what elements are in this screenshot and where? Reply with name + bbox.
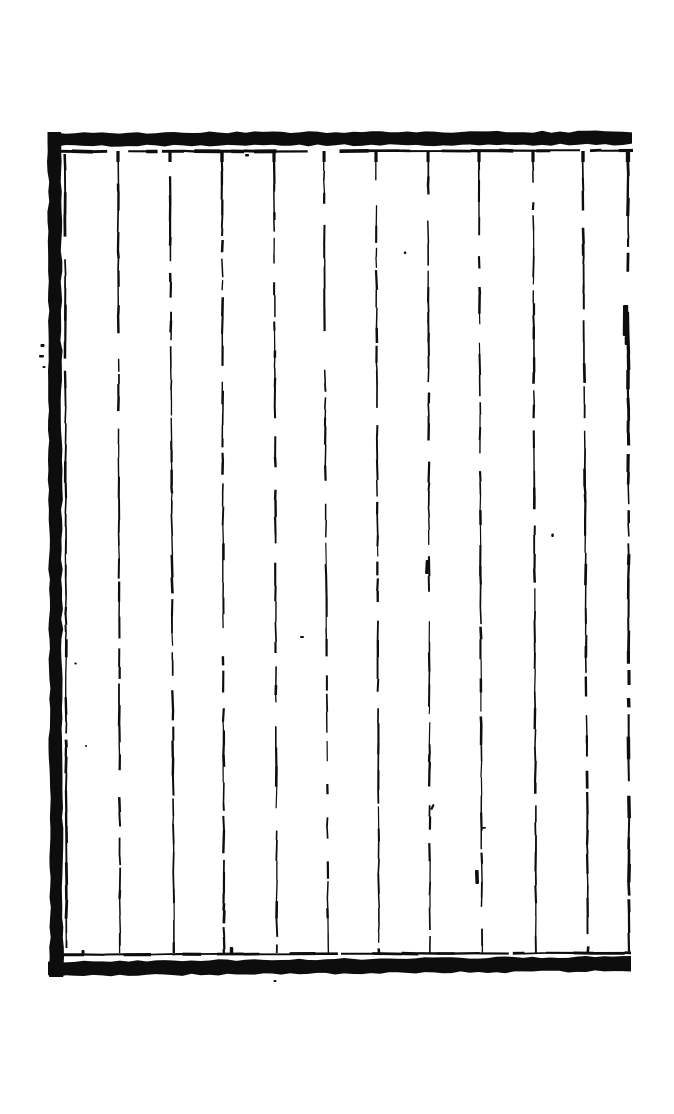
scanned-book-page: Blank ruled folio leaf of a woodblock-pr… [0,0,674,1114]
outer-frame-borders [47,131,632,978]
ink-specks [39,154,554,982]
inner-rule-lines [59,149,633,957]
column-lines [116,151,631,953]
page-scan-drawing: Blank ruled folio leaf of a woodblock-pr… [0,0,674,1114]
